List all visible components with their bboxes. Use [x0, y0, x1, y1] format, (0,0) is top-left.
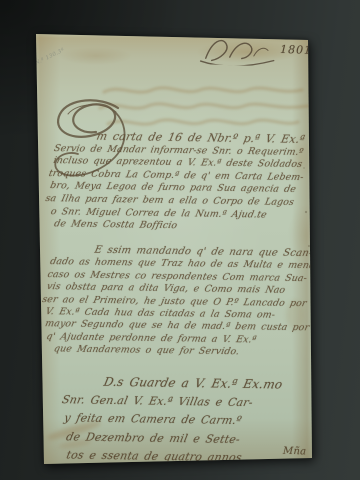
ink-layer: N.º 130.3ª 1801: [0, 0, 360, 480]
photo-backdrop: N.º 130.3ª 1801: [0, 0, 360, 480]
valediction-flourish: Mña: [283, 446, 307, 458]
paragraph-2: E ssim mandando q' de nara que Scan- dad…: [31, 244, 312, 360]
paragraph-1: m carta de 16 de Nbr.º p.ª V. Ex.ª Se Se…: [37, 130, 311, 235]
docket-inscription: 1801: [198, 34, 315, 68]
pencil-inventory-note: N.º 130.3ª: [34, 47, 65, 66]
paper-shadow: N.º 130.3ª 1801: [0, 0, 360, 480]
closing-block: D.s Guarde a V. Ex.ª Ex.mo Snr. Gen.al V…: [40, 372, 311, 469]
docket-year: 1801: [280, 43, 312, 57]
docket-flourish-icon: [198, 34, 277, 67]
closing-line: tos e ssenta de quatro annos.: [64, 447, 295, 469]
manuscript-page: N.º 130.3ª 1801: [0, 0, 360, 480]
